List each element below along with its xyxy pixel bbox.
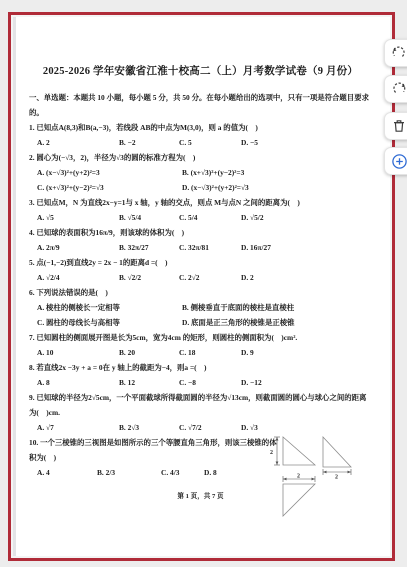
option: C. (x+√3)²+(y−2)²=√3	[37, 180, 182, 195]
question-block: 5. 点(−1,−2)到直线2y = 2x − 1的距离d =( )A. √2/…	[29, 255, 372, 285]
option: C. 4/3	[161, 465, 204, 480]
option: C. 32π/81	[179, 240, 241, 255]
option: B. 12	[119, 375, 179, 390]
options-row: A. √2/4B. √2/2C. 2√2D. 2	[29, 270, 372, 285]
question-block: 10. 一个三棱锥的三视图是如图所示的三个等腰直角三角形，则该三棱锥的体积为( …	[29, 435, 372, 480]
option: A. √7	[37, 420, 119, 435]
options-row: A. √5B. √5/4C. 5/4D. √5/2	[29, 210, 372, 225]
question-stem: 1. 已知点A(8,3)和B(a,−3)，若线段 AB的中点为M(3,0)，则 …	[29, 120, 372, 135]
option: D. −5	[241, 135, 372, 150]
dim-label: 2	[270, 450, 273, 456]
option: C. 2√2	[179, 270, 241, 285]
rotate-left-icon	[391, 45, 407, 61]
option: B. 32π/27	[119, 240, 179, 255]
option: A. 4	[37, 465, 97, 480]
option: D. 8	[204, 465, 272, 480]
add-button[interactable]	[384, 147, 407, 175]
option: A. 10	[37, 345, 119, 360]
question-block: 8. 若直线2x −3y + a = 0在 y 轴上的截距为−4，则a =( )…	[29, 360, 372, 390]
option: D. (x−√3)²+(y+2)²=√3	[182, 180, 372, 195]
option: A. 棱柱的侧棱长一定相等	[37, 300, 182, 315]
question-stem: 6. 下列说法错误的是( )	[29, 285, 372, 300]
question-block: 6. 下列说法错误的是( )A. 棱柱的侧棱长一定相等B. 侧棱垂直于底面的棱柱…	[29, 285, 372, 330]
question-stem: 4. 已知球的表面积为16π/9，则该球的体积为( )	[29, 225, 372, 240]
options-row: A. 2π/9B. 32π/27C. 32π/81D. 16π/27	[29, 240, 372, 255]
option: B. 2√3	[119, 420, 179, 435]
option: C. 圆柱的母线长与高相等	[37, 315, 182, 330]
option: A. √5	[37, 210, 119, 225]
option: C. −8	[179, 375, 241, 390]
option: D. √5/2	[241, 210, 372, 225]
option: D. 9	[241, 345, 372, 360]
section-header: 一、单选题：本题共 10 小题，每小题 5 分，共 50 分。在每小题给出的选项…	[29, 90, 372, 120]
option: B. 20	[119, 345, 179, 360]
page-title: 2025-2026 学年安徽省江淮十校高二（上）月考数学试卷（9 月份）	[29, 63, 372, 78]
option: B. √5/4	[119, 210, 179, 225]
option: A. 2π/9	[37, 240, 119, 255]
option: A. (x−√3)²+(y+2)²=3	[37, 165, 182, 180]
three-view-figure: 2 2 2	[270, 431, 362, 526]
question-stem: 7. 已知圆柱的侧面展开图是长为5cm，宽为4cm 的矩形，则圆柱的侧面积为( …	[29, 330, 372, 345]
option: C. √7/2	[179, 420, 241, 435]
option: B. (x+√3)²+(y−2)²=3	[182, 165, 372, 180]
question-stem: 5. 点(−1,−2)到直线2y = 2x − 1的距离d =( )	[29, 255, 372, 270]
questions: 1. 已知点A(8,3)和B(a,−3)，若线段 AB的中点为M(3,0)，则 …	[29, 120, 372, 480]
option: C. 5/4	[179, 210, 241, 225]
option: A. √2/4	[37, 270, 119, 285]
option: B. 2/3	[97, 465, 161, 480]
rotate-right-button[interactable]	[384, 75, 407, 103]
dim-label: 2	[297, 474, 300, 480]
app-canvas: 2025-2026 学年安徽省江淮十校高二（上）月考数学试卷（9 月份） 一、单…	[0, 0, 407, 567]
option: C. 18	[179, 345, 241, 360]
options-row: A. 10B. 20C. 18D. 9	[29, 345, 372, 360]
question-block: 3. 已知点M，N 为直线2x−y=1与 x 轴，y 轴的交点，则点 M与点N …	[29, 195, 372, 225]
options-row: A. 棱柱的侧棱长一定相等B. 侧棱垂直于底面的棱柱是直棱柱C. 圆柱的母线长与…	[29, 300, 372, 330]
question-stem: 9. 已知球的半径为2√5cm，一个平面截球所得截面圆的半径为√13cm，则截面…	[29, 390, 372, 420]
option: D. 底面是正三角形的棱锥是正棱锥	[182, 315, 372, 330]
page-content: 2025-2026 学年安徽省江淮十校高二（上）月考数学试卷（9 月份） 一、单…	[11, 15, 392, 500]
plus-circle-icon	[391, 153, 407, 170]
option: D. 2	[241, 270, 372, 285]
question-stem: 2. 圆心为(−√3，2)，半径为√3的圆的标准方程为( )	[29, 150, 372, 165]
option: A. 8	[37, 375, 119, 390]
options-row: A. 8B. 12C. −8D. −12	[29, 375, 372, 390]
option: B. √2/2	[119, 270, 179, 285]
options-row: A. 2B. −2C. 5D. −5	[29, 135, 372, 150]
options-row: A. (x−√3)²+(y+2)²=3B. (x+√3)²+(y−2)²=3C.…	[29, 165, 372, 195]
rotate-right-icon	[391, 81, 407, 97]
options-row: A. 4B. 2/3C. 4/3D. 8	[29, 465, 272, 480]
question-stem: 10. 一个三棱锥的三视图是如图所示的三个等腰直角三角形，则该三棱锥的体积为( …	[29, 435, 281, 465]
rotate-left-button[interactable]	[384, 39, 407, 67]
option: D. −12	[241, 375, 372, 390]
option: C. 5	[179, 135, 241, 150]
question-stem: 8. 若直线2x −3y + a = 0在 y 轴上的截距为−4，则a =( )	[29, 360, 372, 375]
question-block: 7. 已知圆柱的侧面展开图是长为5cm，宽为4cm 的矩形，则圆柱的侧面积为( …	[29, 330, 372, 360]
question-block: 2. 圆心为(−√3，2)，半径为√3的圆的标准方程为( )A. (x−√3)²…	[29, 150, 372, 195]
option: A. 2	[37, 135, 119, 150]
question-block: 1. 已知点A(8,3)和B(a,−3)，若线段 AB的中点为M(3,0)，则 …	[29, 120, 372, 150]
question-block: 9. 已知球的半径为2√5cm，一个平面截球所得截面圆的半径为√13cm，则截面…	[29, 390, 372, 435]
option: B. 侧棱垂直于底面的棱柱是直棱柱	[182, 300, 372, 315]
dim-label: 2	[335, 475, 338, 481]
question-stem: 3. 已知点M，N 为直线2x−y=1与 x 轴，y 轴的交点，则点 M与点N …	[29, 195, 372, 210]
option: B. −2	[119, 135, 179, 150]
trash-icon	[391, 118, 407, 134]
exam-page[interactable]: 2025-2026 学年安徽省江淮十校高二（上）月考数学试卷（9 月份） 一、单…	[8, 12, 395, 561]
question-block: 4. 已知球的表面积为16π/9，则该球的体积为( )A. 2π/9B. 32π…	[29, 225, 372, 255]
option: D. 16π/27	[241, 240, 372, 255]
delete-button[interactable]	[384, 112, 407, 140]
